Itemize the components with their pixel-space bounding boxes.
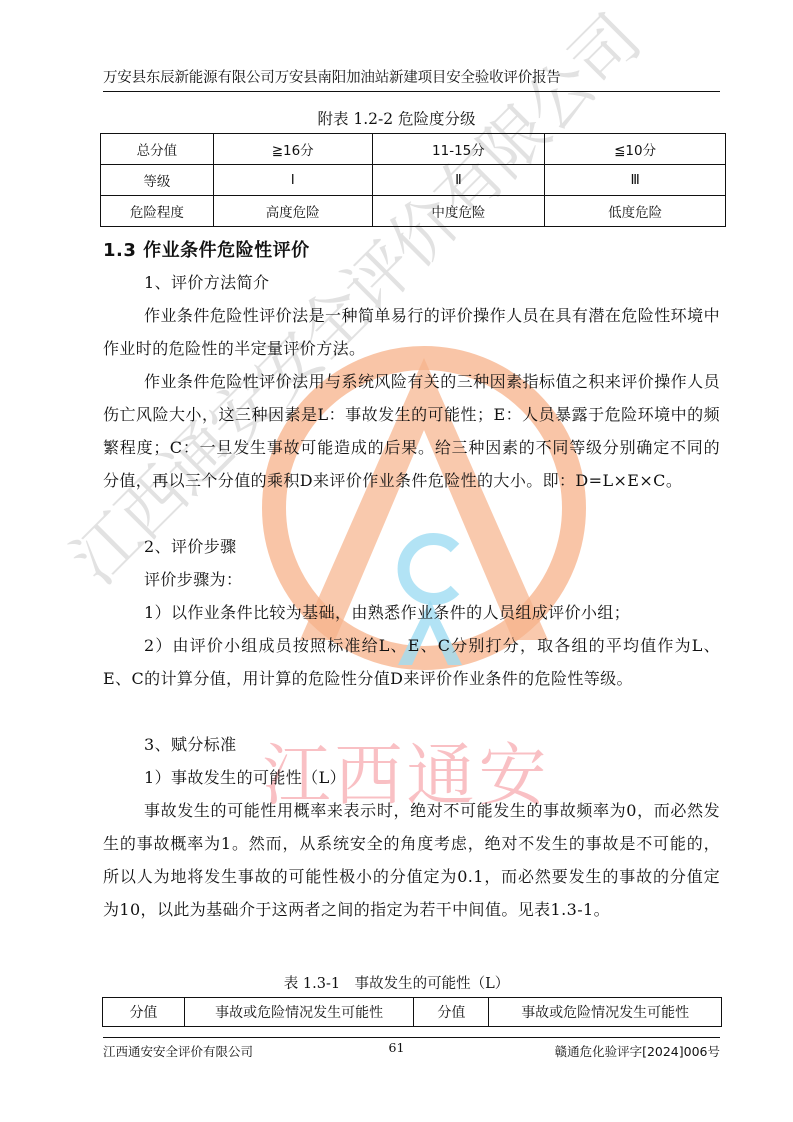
table-header-cell: 分值 — [414, 998, 489, 1027]
document-header-title: 万安县东辰新能源有限公司万安县南阳加油站新建项目安全验收评价报告 — [103, 66, 561, 87]
table-row: 总分值 ≧16分 11-15分 ≦10分 — [101, 134, 726, 165]
header-divider — [103, 91, 720, 92]
table-cell: 低度危险 — [545, 196, 726, 227]
table-row: 等级 Ⅰ Ⅱ Ⅲ — [101, 165, 726, 196]
table-row: 危险程度 高度危险 中度危险 低度危险 — [101, 196, 726, 227]
table-cell: 高度危险 — [213, 196, 372, 227]
subheading-likelihood: 1）事故发生的可能性（L） — [144, 761, 761, 794]
table1-caption: 附表 1.2-2 危险度分级 — [0, 107, 793, 129]
subheading-steps: 2、评价步骤 — [144, 530, 761, 563]
table2-caption: 表 1.3-1 事故发生的可能性（L） — [0, 972, 793, 993]
subheading-method-intro: 1、评价方法简介 — [144, 266, 761, 299]
paragraph-likelihood: 事故发生的可能性用概率来表示时，绝对不可能发生的事故频率为0，而必然发生的事故概… — [103, 794, 720, 926]
steps-intro: 评价步骤为： — [144, 563, 761, 596]
section-heading: 1.3 作业条件危险性评价 — [103, 236, 310, 262]
paragraph-method-definition: 作业条件危险性评价法是一种简单易行的评价操作人员在具有潜在危险性环境中作业时的危… — [103, 299, 720, 365]
step-2: 2）由评价小组成员按照标准给L、E、C分别打分，取各组的平均值作为L、E、C的计… — [103, 629, 720, 695]
table-cell: Ⅰ — [213, 165, 372, 196]
paragraph-method-factors: 作业条件危险性评价法用与系统风险有关的三种因素指标值之积来评价操作人员伤亡风险大… — [103, 365, 720, 497]
footer-divider — [103, 1037, 720, 1038]
table-header-cell: 事故或危险情况发生可能性 — [184, 998, 414, 1027]
table-cell: 中度危险 — [372, 196, 545, 227]
table-cell: ≦10分 — [545, 134, 726, 165]
step-1: 1）以作业条件比较为基础，由熟悉作业条件的人员组成评价小组； — [103, 596, 720, 629]
likelihood-table: 分值 事故或危险情况发生可能性 分值 事故或危险情况发生可能性 — [102, 997, 722, 1027]
table-header-cell: 事故或危险情况发生可能性 — [489, 998, 722, 1027]
table-cell: Ⅱ — [372, 165, 545, 196]
table-cell: Ⅲ — [545, 165, 726, 196]
table-header-cell: 分值 — [103, 998, 185, 1027]
subheading-scoring-criteria: 3、赋分标准 — [144, 728, 761, 761]
table-header-row: 分值 事故或危险情况发生可能性 分值 事故或危险情况发生可能性 — [103, 998, 722, 1027]
table-cell: ≧16分 — [213, 134, 372, 165]
table-cell: 等级 — [101, 165, 214, 196]
table-cell: 危险程度 — [101, 196, 214, 227]
table-cell: 总分值 — [101, 134, 214, 165]
hazard-grade-table: 总分值 ≧16分 11-15分 ≦10分 等级 Ⅰ Ⅱ Ⅲ 危险程度 高度危险 … — [100, 133, 726, 227]
document-page: 江西通安安全评价有限公司 江西通安 万安县东辰新能源有限公司万安县南阳加油站新建… — [0, 0, 793, 1122]
footer-doc-number: 赣通危化验评字[2024]006号 — [555, 1042, 720, 1060]
table-cell: 11-15分 — [372, 134, 545, 165]
